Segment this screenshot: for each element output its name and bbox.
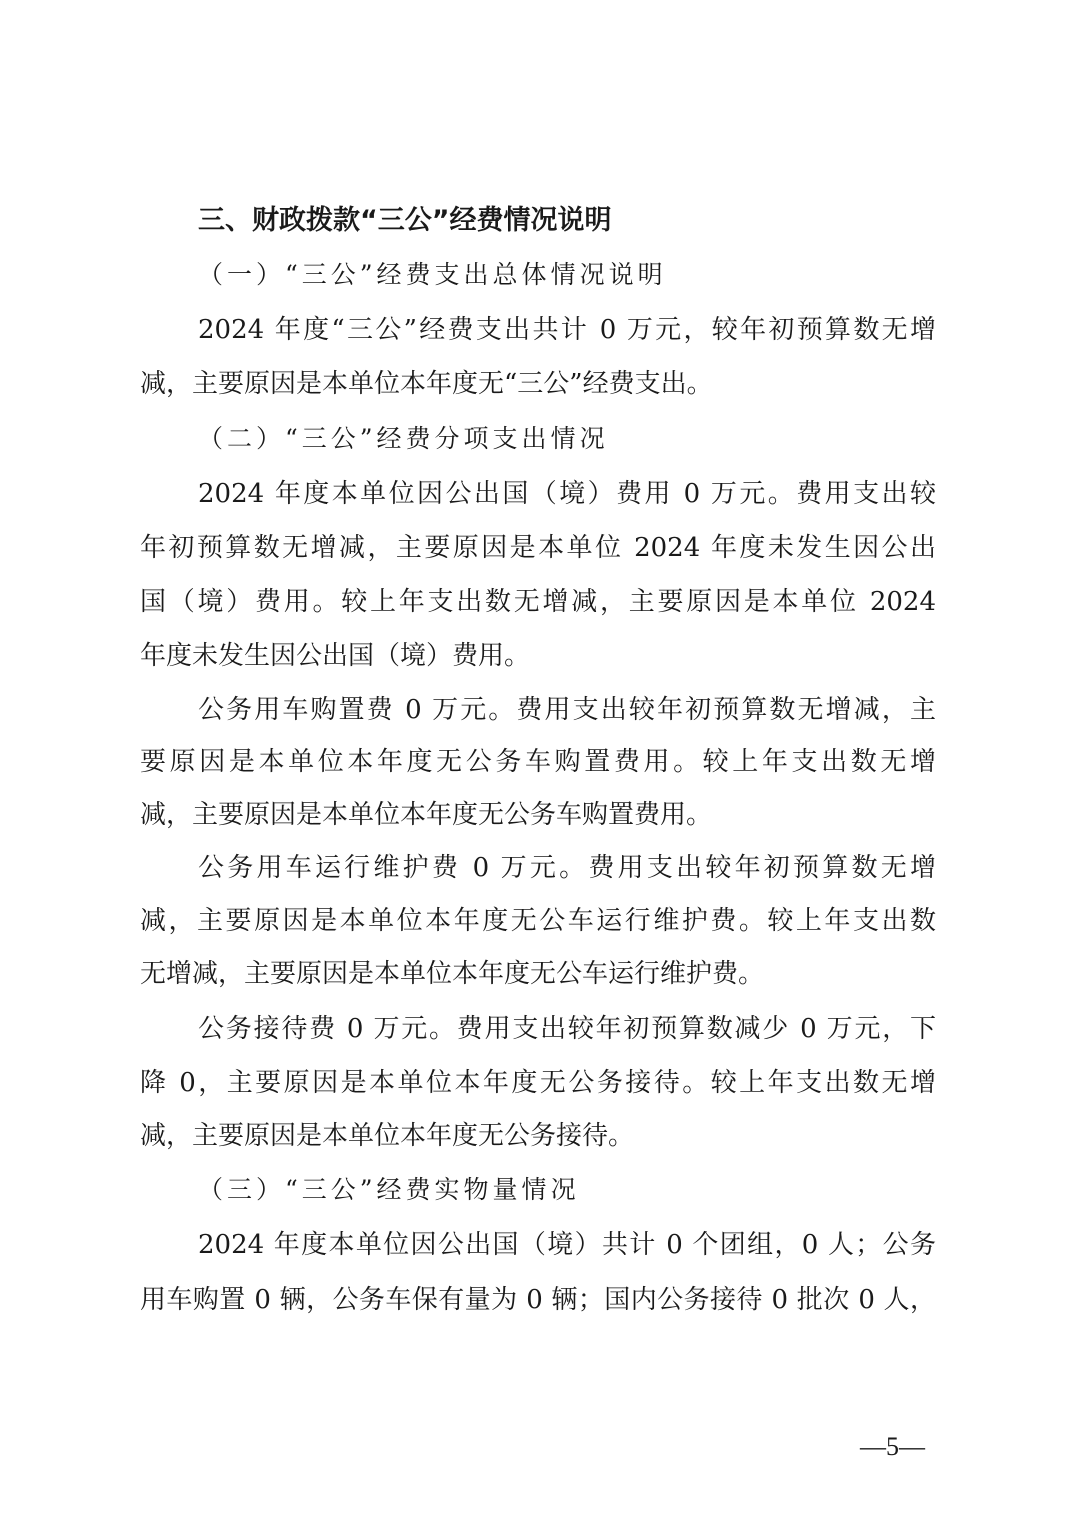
section-title: 三、财政拨款“三公”经费情况说明 [198, 205, 612, 237]
subsection-heading-3: （三）“三公”经费实物量情况 [198, 1174, 580, 1206]
paragraph-line: 年度未发生因公出国（境）费用。 [140, 640, 530, 672]
paragraph-line: 减，主要原因是本单位本年度无“三公”经费支出。 [140, 368, 713, 400]
paragraph-line: 用车购置 0 辆，公务车保有量为 0 辆；国内公务接待 0 批次 0 人， [140, 1284, 936, 1316]
paragraph-line: 2024 年度本单位因公出国（境）费用 0 万元。费用支出较 [198, 478, 936, 510]
paragraph-line: 降 0，主要原因是本单位本年度无公务接待。较上年支出数无增 [140, 1067, 936, 1099]
paragraph-line: 2024 年度本单位因公出国（境）共计 0 个团组，0 人；公务 [198, 1229, 936, 1261]
paragraph-line: 国（境）费用。较上年支出数无增减，主要原因是本单位 2024 [140, 586, 936, 618]
paragraph-line: 公务用车购置费 0 万元。费用支出较年初预算数无增减，主 [198, 694, 936, 726]
paragraph-line: 减，主要原因是本单位本年度无公务车购置费用。 [140, 799, 712, 831]
paragraph-line: 2024 年度“三公”经费支出共计 0 万元，较年初预算数无增 [198, 314, 936, 346]
subsection-heading-2: （二）“三公”经费分项支出情况 [198, 423, 609, 455]
paragraph-line: 年初预算数无增减，主要原因是本单位 2024 年度未发生因公出 [140, 532, 936, 564]
paragraph-line: 减，主要原因是本单位本年度无公务接待。 [140, 1120, 634, 1152]
paragraph-line: 要原因是本单位本年度无公务车购置费用。较上年支出数无增 [140, 746, 936, 778]
page-number: —5— [860, 1432, 925, 1462]
paragraph-line: 公务接待费 0 万元。费用支出较年初预算数减少 0 万元，下 [198, 1013, 936, 1045]
paragraph-line: 无增减，主要原因是本单位本年度无公车运行维护费。 [140, 958, 764, 990]
subsection-heading-1: （一）“三公”经费支出总体情况说明 [198, 259, 667, 291]
paragraph-line: 公务用车运行维护费 0 万元。费用支出较年初预算数无增 [198, 852, 936, 884]
paragraph-line: 减，主要原因是本单位本年度无公车运行维护费。较上年支出数 [140, 905, 936, 937]
